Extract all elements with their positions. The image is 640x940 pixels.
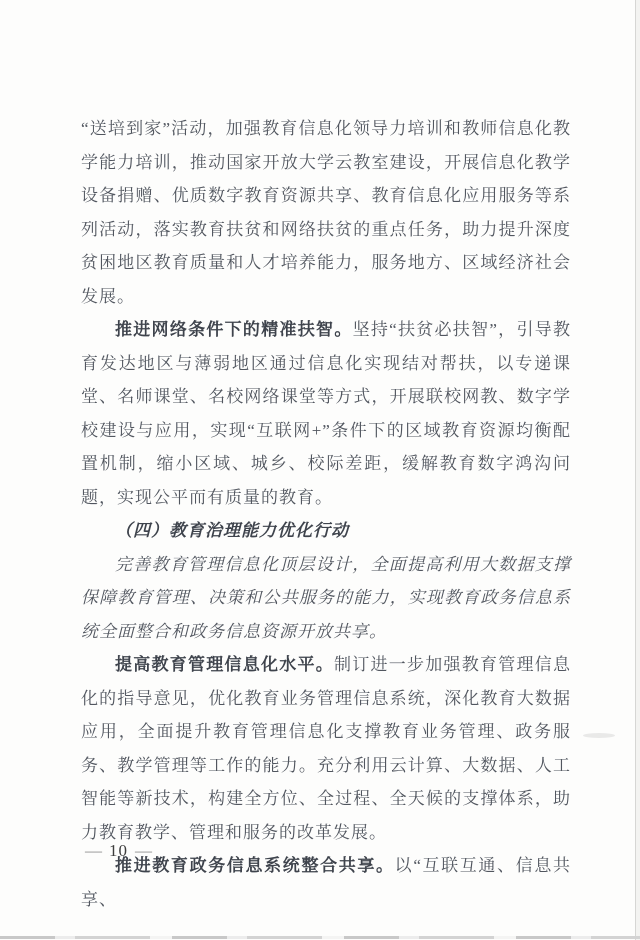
footer-dash-right: — bbox=[128, 841, 159, 860]
text-run: “送培到家”活动，加强教育信息化领导力培训和教师信息化教学能力培训，推动国家开放… bbox=[81, 119, 571, 306]
text-run: 完善教育管理信息化顶层设计，全面提高利用大数据支撑保障教育管理、决策和公共服务的… bbox=[81, 555, 571, 641]
text-run: 提高教育管理信息化水平。 bbox=[115, 655, 334, 674]
text-run: 制订进一步加强教育管理信息化的指导意见，优化教育业务管理信息系统，深化教育大数据… bbox=[81, 655, 571, 842]
document-body: “送培到家”活动，加强教育信息化领导力培训和教师信息化教学能力培训，推动国家开放… bbox=[81, 112, 571, 916]
paragraph: 提高教育管理信息化水平。制订进一步加强教育管理信息化的指导意见，优化教育业务管理… bbox=[81, 648, 571, 849]
footer-dash-left: — bbox=[78, 841, 109, 860]
text-run: 推进网络条件下的精准扶智。 bbox=[115, 320, 353, 339]
scan-smudge bbox=[583, 733, 615, 738]
scan-edge-right-line bbox=[635, 0, 636, 940]
page-footer: —10— bbox=[78, 840, 159, 862]
text-run: 坚持“扶贫必扶智”，引导教育发达地区与薄弱地区通过信息化实现结对帮扶，以专递课堂… bbox=[81, 320, 571, 507]
scan-edge-right-shade bbox=[636, 0, 640, 940]
paragraph: 完善教育管理信息化顶层设计，全面提高利用大数据支撑保障教育管理、决策和公共服务的… bbox=[81, 548, 571, 649]
paragraph: 推进网络条件下的精准扶智。坚持“扶贫必扶智”，引导教育发达地区与薄弱地区通过信息… bbox=[81, 313, 571, 514]
paragraph: “送培到家”活动，加强教育信息化领导力培训和教师信息化教学能力培训，推动国家开放… bbox=[81, 112, 571, 313]
scan-edge-bottom bbox=[0, 936, 640, 939]
page-number: 10 bbox=[109, 841, 128, 860]
section-heading: （四）教育治理能力优化行动 bbox=[81, 514, 571, 548]
text-run: （四）教育治理能力优化行动 bbox=[115, 521, 349, 540]
scanned-document-page: “送培到家”活动，加强教育信息化领导力培训和教师信息化教学能力培训，推动国家开放… bbox=[0, 0, 640, 940]
